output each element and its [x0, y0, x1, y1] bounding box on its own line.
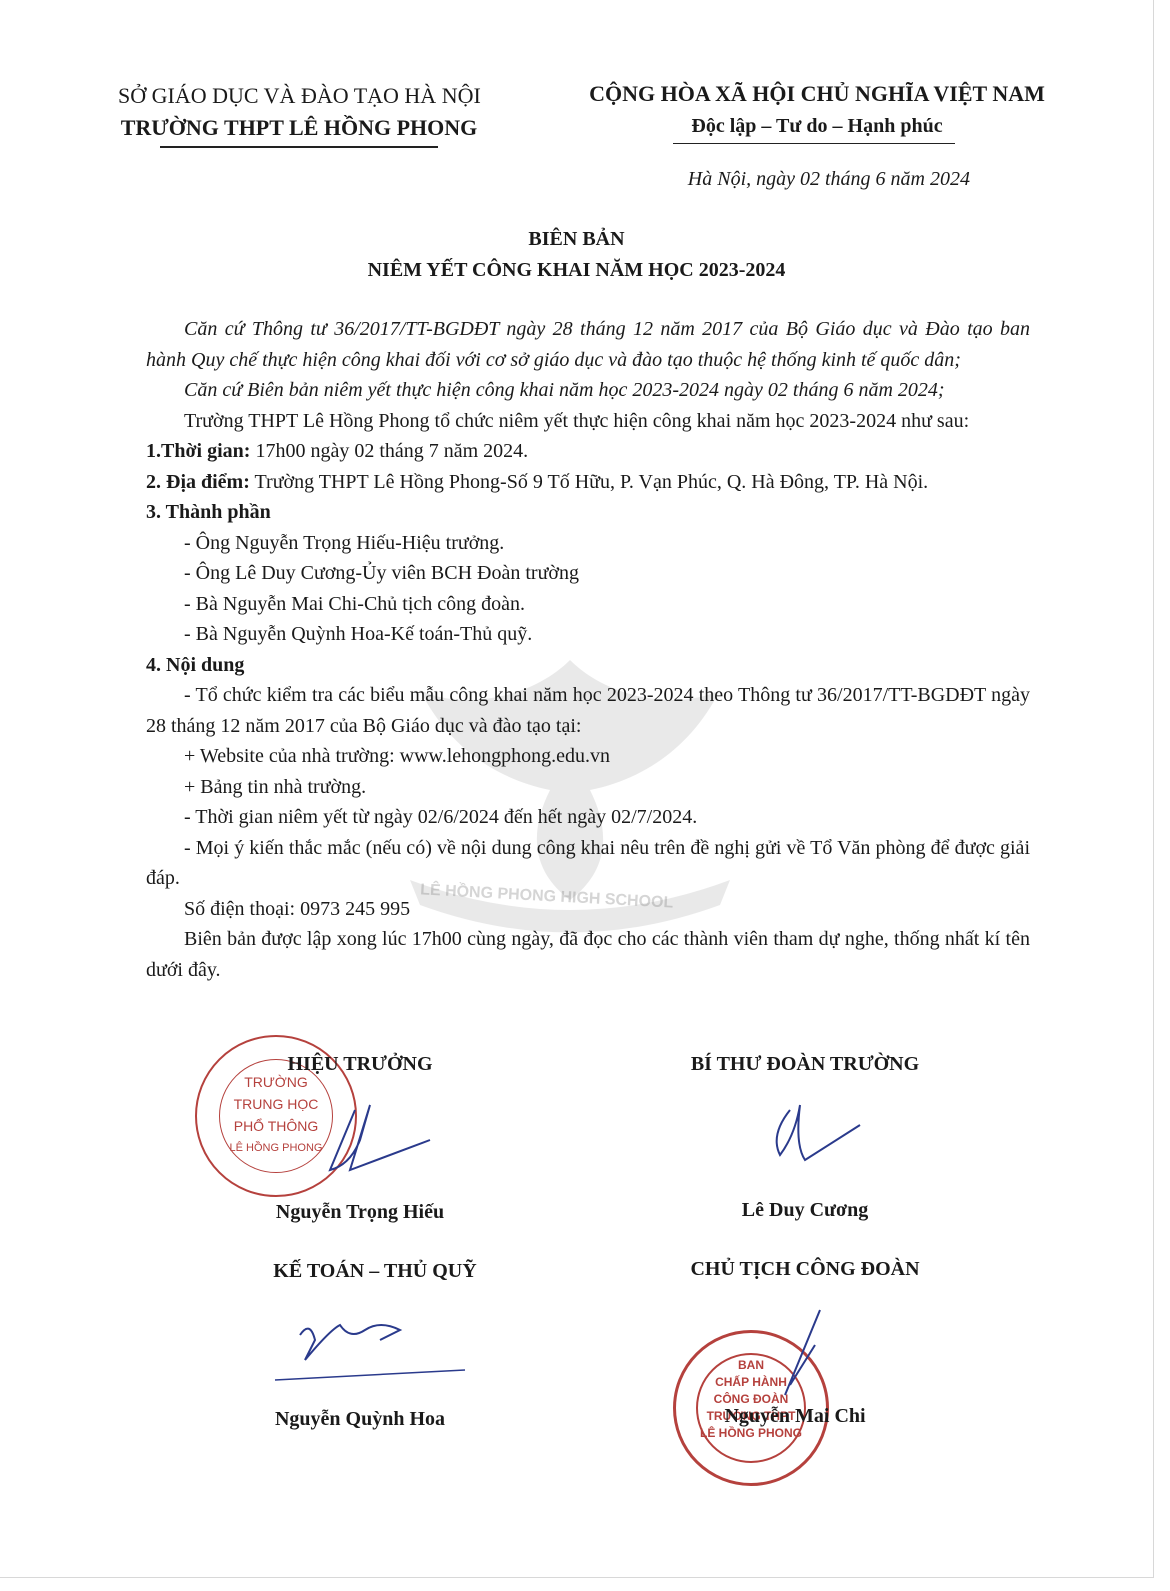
section-place-label: 2. Địa điểm: — [146, 471, 250, 493]
section-content-heading: 4. Nội dung — [146, 650, 1030, 681]
document-body: Căn cứ Thông tư 36/2017/TT-BGDĐT ngày 28… — [146, 314, 1030, 985]
closing-paragraph: Biên bản được lập xong lúc 17h00 cùng ng… — [146, 924, 1030, 985]
section-members-heading: 3. Thành phần — [146, 497, 1030, 528]
member-item: - Ông Nguyễn Trọng Hiếu-Hiệu trưởng. — [146, 528, 1030, 559]
principal-title: HIỆU TRƯỞNG — [230, 1053, 490, 1076]
member-item: - Bà Nguyễn Mai Chi-Chủ tịch công đoàn. — [146, 589, 1030, 620]
union-chair-signature — [770, 1305, 830, 1405]
content-item-period: - Thời gian niêm yết từ ngày 02/6/2024 đ… — [146, 802, 1030, 833]
youth-secretary-signature — [760, 1095, 880, 1175]
section-time-label: 1.Thời gian: — [146, 440, 250, 462]
content-item: - Tổ chức kiểm tra các biểu mẫu công kha… — [146, 680, 1030, 741]
legal-basis-2: Căn cứ Biên bản niêm yết thực hiện công … — [146, 375, 1030, 406]
member-item: - Bà Nguyễn Quỳnh Hoa-Kế toán-Thủ quỹ. — [146, 619, 1030, 650]
legal-basis-1: Căn cứ Thông tư 36/2017/TT-BGDĐT ngày 28… — [146, 314, 1030, 375]
header-divider-left — [160, 146, 438, 148]
country-name: CỘNG HÒA XÃ HỘI CHỦ NGHĨA VIỆT NAM — [575, 78, 1059, 110]
youth-secretary-title: BÍ THƯ ĐOÀN TRƯỜNG — [660, 1053, 950, 1076]
accountant-name: Nguyễn Quỳnh Hoa — [230, 1408, 490, 1431]
issuing-authority: SỞ GIÁO DỤC VÀ ĐÀO TẠO HÀ NỘI TRƯỜNG THP… — [118, 80, 480, 144]
department-name: SỞ GIÁO DỤC VÀ ĐÀO TẠO HÀ NỘI — [118, 80, 480, 112]
section-time: 1.Thời gian: 17h00 ngày 02 tháng 7 năm 2… — [146, 436, 1030, 467]
school-name: TRƯỜNG THPT LÊ HỒNG PHONG — [118, 112, 480, 144]
accountant-signature — [270, 1300, 470, 1390]
content-item-website: + Website của nhà trường: www.lehongphon… — [146, 741, 1030, 772]
union-chair-name: Nguyễn Mai Chi — [680, 1405, 910, 1428]
intro-paragraph: Trường THPT Lê Hồng Phong tổ chức niêm y… — [146, 406, 1030, 437]
principal-name: Nguyễn Trọng Hiếu — [230, 1201, 490, 1224]
national-motto: CỘNG HÒA XÃ HỘI CHỦ NGHĨA VIỆT NAM Độc l… — [575, 78, 1059, 142]
principal-signature — [310, 1100, 450, 1180]
header-divider-right — [673, 143, 955, 144]
document-page: SỞ GIÁO DỤC VÀ ĐÀO TẠO HÀ NỘI TRƯỜNG THP… — [0, 0, 1154, 1578]
youth-secretary-name: Lê Duy Cương — [660, 1199, 950, 1222]
section-time-text: 17h00 ngày 02 tháng 7 năm 2024. — [250, 440, 528, 462]
section-place: 2. Địa điểm: Trường THPT Lê Hồng Phong-S… — [146, 467, 1030, 498]
document-title: BIÊN BẢN — [0, 228, 1153, 251]
accountant-title: KẾ TOÁN – THỦ QUỸ — [230, 1260, 520, 1283]
document-date: Hà Nội, ngày 02 tháng 6 năm 2024 — [590, 168, 970, 191]
content-item-bulletin: + Bảng tin nhà trường. — [146, 772, 1030, 803]
section-place-text: Trường THPT Lê Hồng Phong-Số 9 Tố Hữu, P… — [250, 471, 928, 493]
union-chair-title: CHỦ TỊCH CÔNG ĐOÀN — [660, 1258, 950, 1281]
motto: Độc lập – Tư do – Hạnh phúc — [575, 110, 1059, 142]
member-item: - Ông Lê Duy Cương-Ủy viên BCH Đoàn trườ… — [146, 558, 1030, 589]
document-subtitle: NIÊM YẾT CÔNG KHAI NĂM HỌC 2023-2024 — [0, 259, 1153, 282]
content-item-feedback: - Mọi ý kiến thắc mắc (nếu có) về nội du… — [146, 833, 1030, 894]
